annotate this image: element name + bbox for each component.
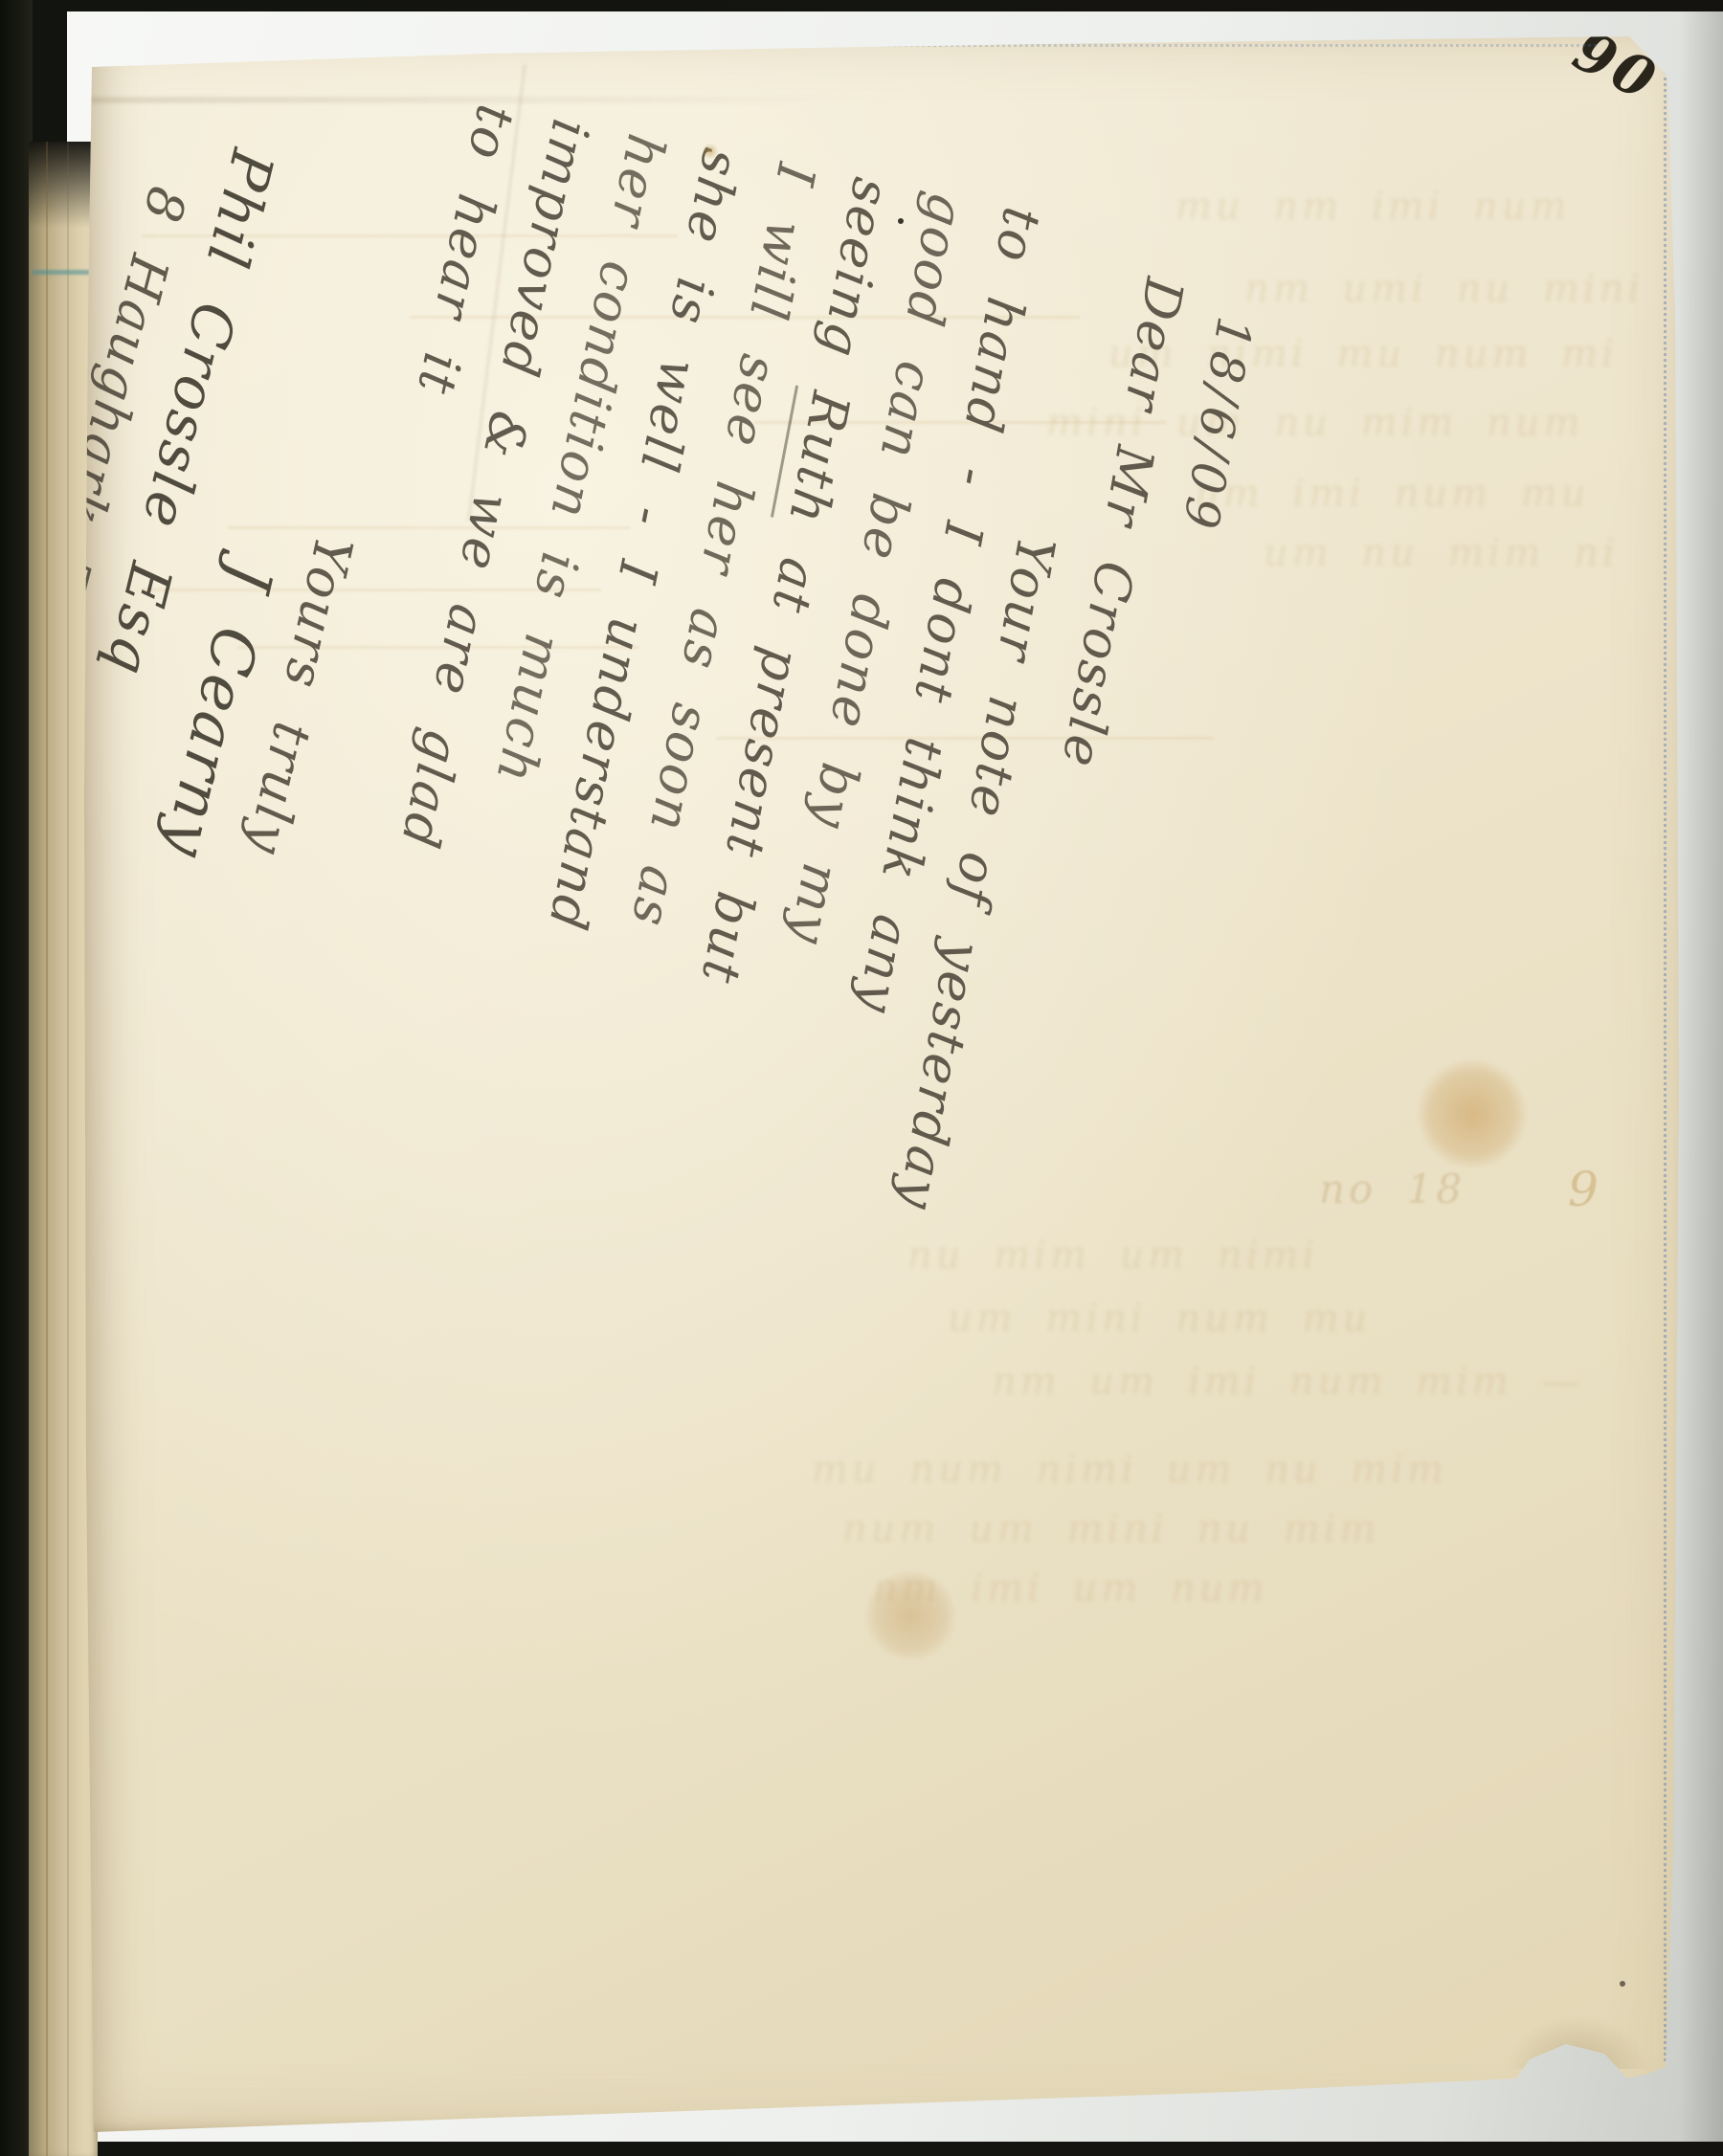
ink-speck (898, 218, 904, 224)
page-edge-stack-shadow (29, 142, 98, 228)
showthrough-line: num um mini nu mim (842, 1510, 1379, 1548)
book-binding-edge (0, 0, 33, 2156)
backing-sheet-shadow (1679, 11, 1723, 2142)
showthrough-line: nm umi nu mini (1244, 270, 1644, 308)
paper-stain (864, 1571, 956, 1659)
handwritten-letter: 18/6/09 Dear Mr Crossle Your note of yes… (0, 18, 1286, 1264)
paper-stain (702, 144, 719, 159)
edge-marbling-right (1664, 71, 1667, 2061)
faint-pencil-number: 9 (1568, 1166, 1599, 1213)
letter-page: mu nm imi num nm umi nu mini um nimi mu … (84, 29, 1681, 2134)
showthrough-line: um nu mim ni (1264, 534, 1619, 572)
showthrough-note: no 18 (1319, 1169, 1466, 1210)
showthrough-line: nm um imi num mim — (992, 1363, 1584, 1401)
showthrough-line: um mini num mu (948, 1300, 1371, 1338)
showthrough-line: mu num nimi um nu mim (812, 1451, 1447, 1489)
ink-speck (1620, 1981, 1625, 1987)
paper-stain (1417, 1060, 1528, 1167)
page-edge-line (46, 142, 48, 2156)
page-edge-line (67, 142, 69, 2156)
showthrough-line: nm imi num mu (1195, 475, 1590, 513)
edge-marbling-fleck (33, 270, 94, 275)
showthrough-line: mu nm imi num (1175, 188, 1571, 226)
scanned-book-page: mu nm imi num nm umi nu mini um nimi mu … (0, 0, 1723, 2156)
